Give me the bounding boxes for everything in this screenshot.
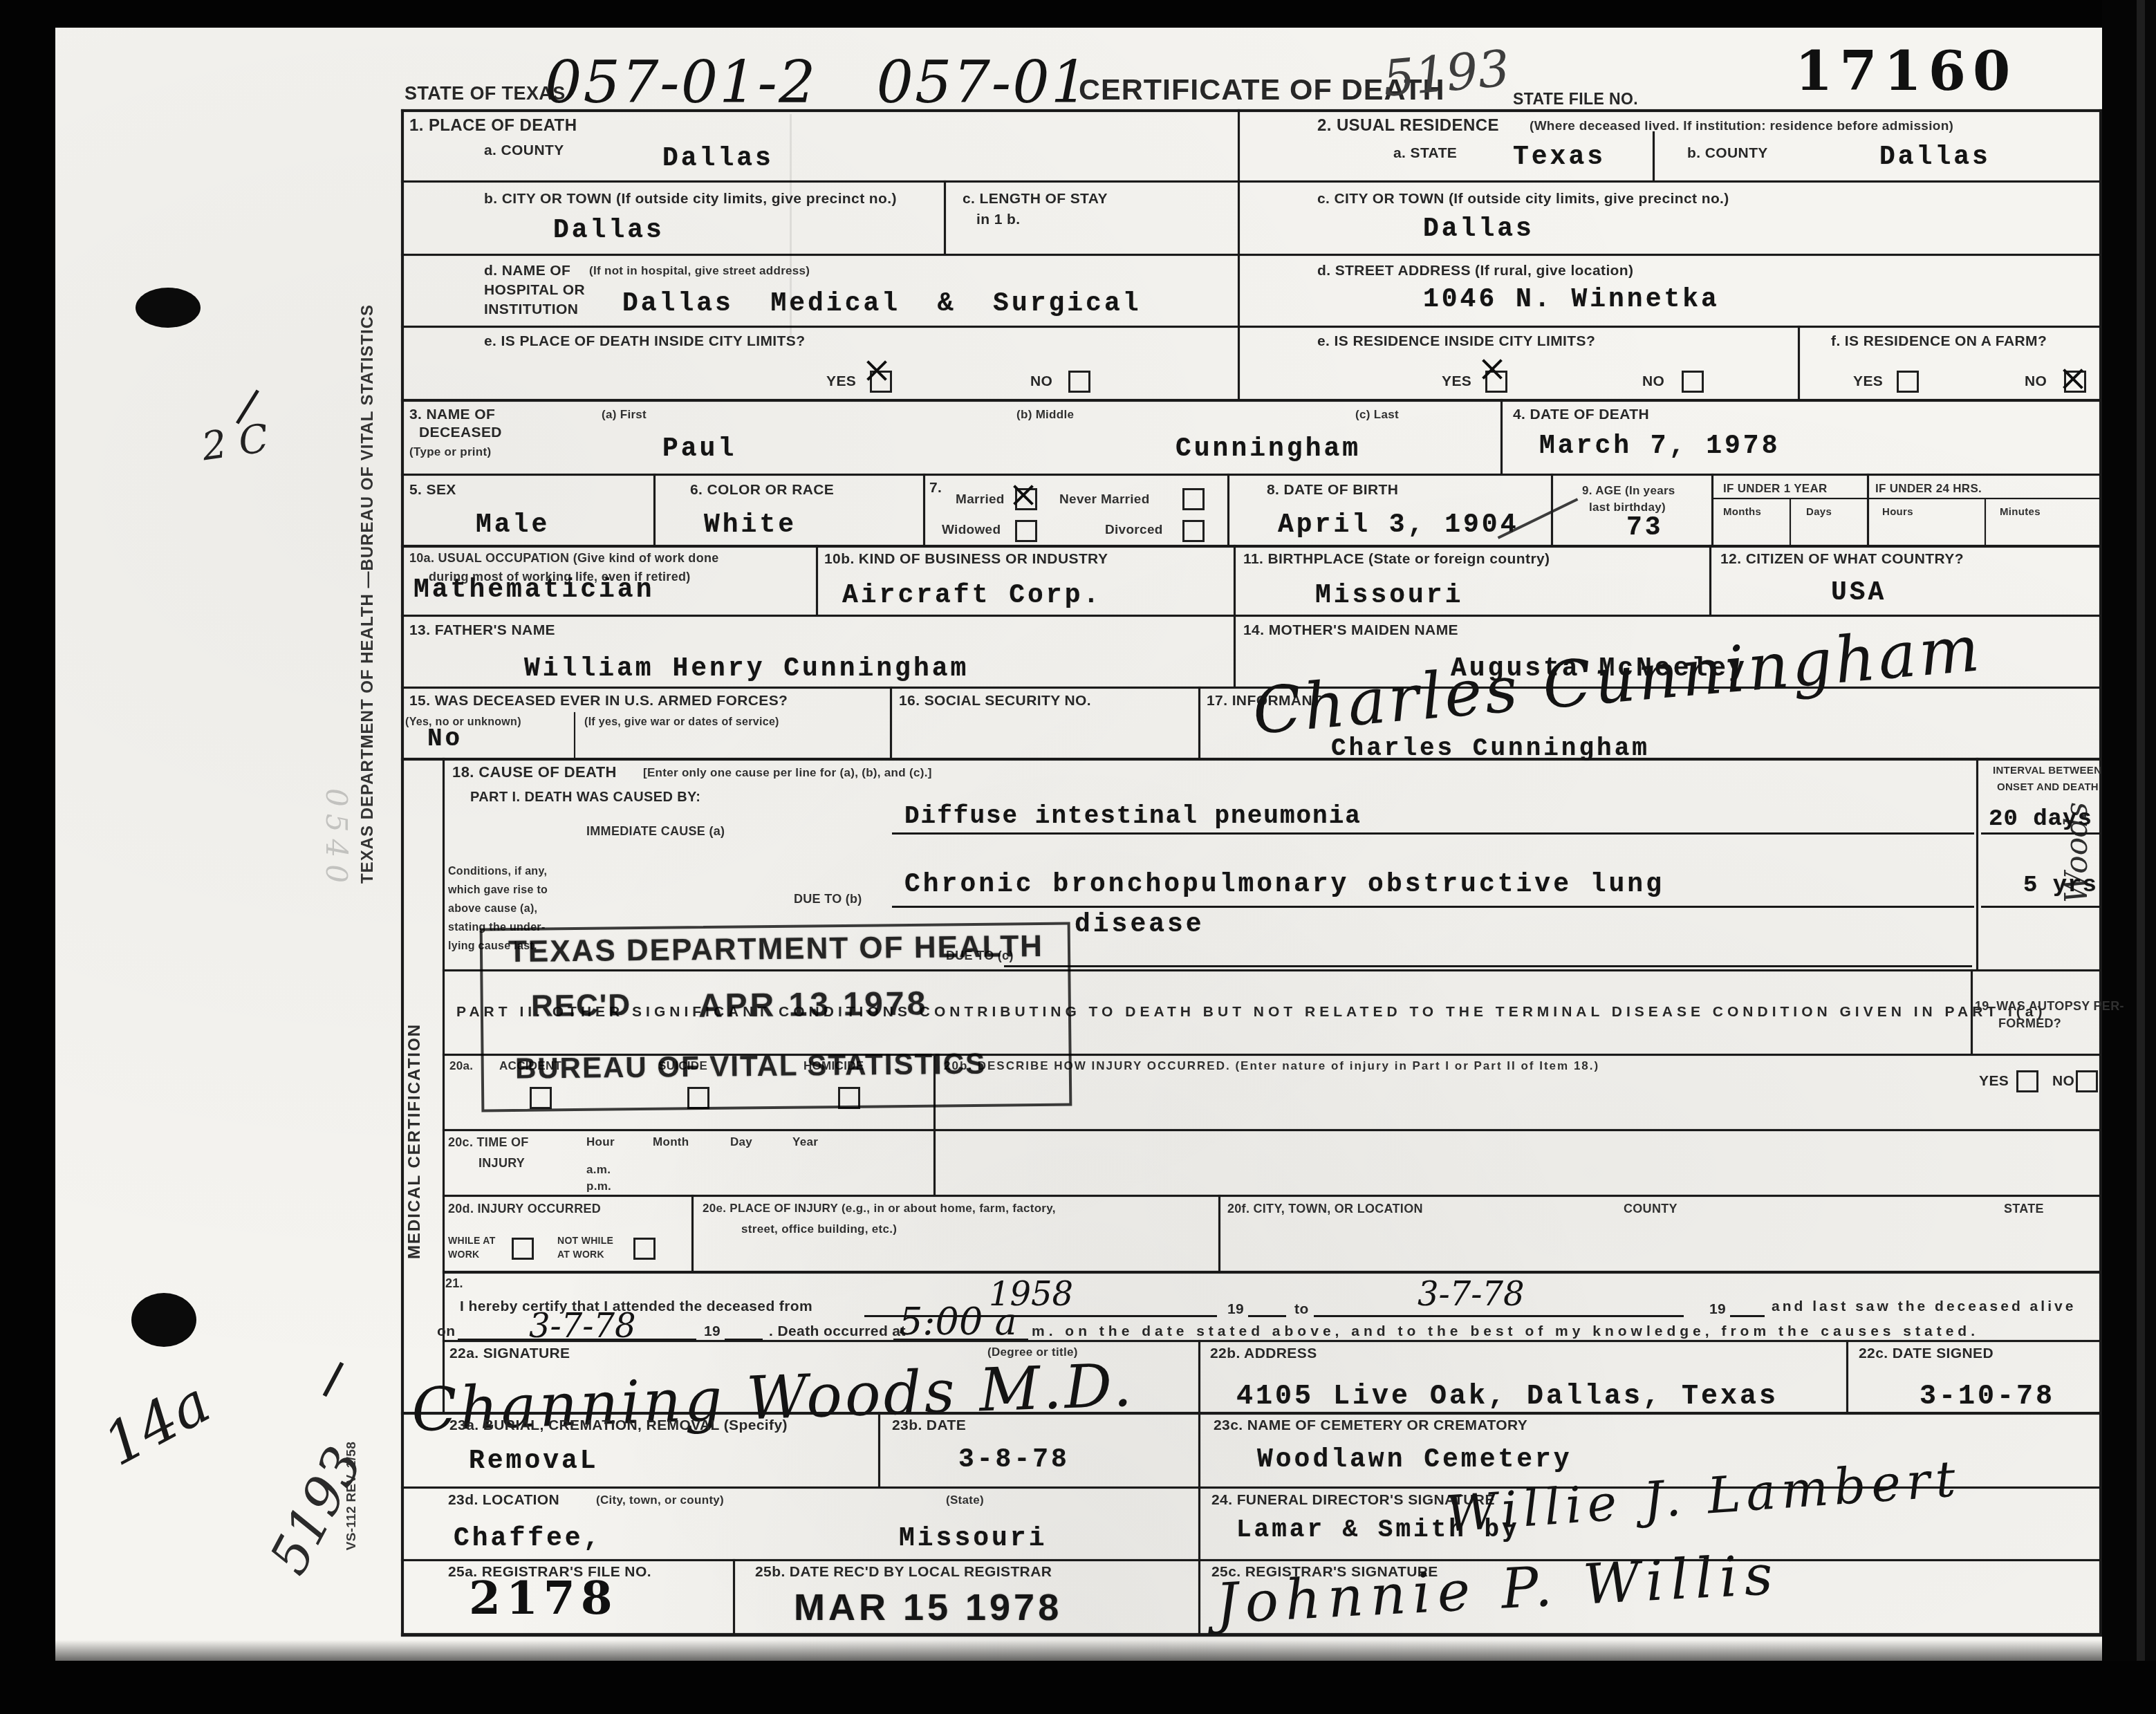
date-received-stamp: MAR 15 1978 <box>794 1586 1062 1629</box>
residence-county-value: Dallas <box>1879 142 1991 172</box>
citizen-label: 12. CITIZEN OF WHAT COUNTRY? <box>1720 551 1964 568</box>
cause-a-value: Diffuse intestinal pneumonia <box>904 802 1362 830</box>
residence-street-label: d. STREET ADDRESS (If rural, give locati… <box>1317 263 1633 279</box>
industry-label: 10b. KIND OF BUSINESS OR INDUSTRY <box>824 551 1108 568</box>
residence-farm-no-label: NO <box>2025 373 2047 390</box>
cause-b-value-line2: disease <box>1075 910 1205 940</box>
burial-date-label: 23b. DATE <box>892 1417 966 1434</box>
pod-city-value: Dallas <box>553 216 665 245</box>
death-time-value: 5:00 a <box>899 1300 1017 1343</box>
residence-title: 2. USUAL RESIDENCE <box>1317 116 1499 136</box>
scan-band-right <box>2102 0 2156 1714</box>
am-label: a.m. <box>586 1163 611 1177</box>
interval-b-value: 5 yrs <box>2023 873 2097 899</box>
place-of-injury-label: 20e. PLACE OF INJURY (e.g., in or about … <box>703 1202 1056 1215</box>
birthplace-label: 11. BIRTHPLACE (State or foreign country… <box>1243 551 1550 568</box>
year-label: Year <box>792 1135 818 1149</box>
registrar-file-number-stamp: 2178 <box>469 1571 618 1625</box>
race-value: White <box>704 510 797 540</box>
armed-forces-label: 15. WAS DECEASED EVER IN U.S. ARMED FORC… <box>409 693 788 709</box>
received-stamp-date: APR 13 1978 <box>698 985 929 1025</box>
date-received-label: 25b. DATE REC'D BY LOCAL REGISTRAR <box>755 1564 1052 1581</box>
to-label: to <box>1294 1301 1309 1318</box>
pod-county-label: a. COUNTY <box>484 142 564 159</box>
margin-pencil-marks: 0540 <box>319 788 353 890</box>
scan-band-top <box>0 0 2156 28</box>
accident-item-label: 20a. <box>449 1059 473 1073</box>
handwritten-file-number: 5193 <box>1381 39 1512 108</box>
divorced-checkbox <box>1182 520 1205 542</box>
residence-limits-no-label: NO <box>1642 373 1664 390</box>
father-name-label: 13. FATHER'S NAME <box>409 622 555 639</box>
industry-value: Aircraft Corp. <box>842 581 1102 611</box>
last-name-value: Cunningham <box>1175 434 1361 464</box>
first-name-value: Paul <box>662 434 736 464</box>
time-of-injury-label: 20c. TIME OF <box>448 1135 529 1150</box>
margin-handwriting-2c: 2 C <box>199 416 271 470</box>
ssn-label: 16. SOCIAL SECURITY NO. <box>899 693 1091 709</box>
divorced-label: Divorced <box>1105 523 1163 538</box>
at-work-label: AT WORK <box>557 1249 604 1260</box>
cause-of-death-label: 18. CAUSE OF DEATH <box>452 763 617 781</box>
on-label: on <box>437 1323 455 1340</box>
scan-band-bottom <box>0 1661 2156 1714</box>
length-of-stay-label: c. LENGTH OF STAY <box>963 191 1108 207</box>
armed-forces-paren2: (If yes, give war or dates of service) <box>584 716 779 729</box>
date-signed-label: 22c. DATE SIGNED <box>1859 1345 1994 1362</box>
residence-state-value: Texas <box>1513 142 1606 172</box>
not-while-label: NOT WHILE <box>557 1235 613 1246</box>
days-label: Days <box>1806 506 1832 518</box>
date-of-death-label: 4. DATE OF DEATH <box>1513 407 1649 423</box>
hole-punch-top <box>136 288 201 328</box>
handwritten-local-file-numbers: 057-01-2 057-01 <box>545 48 1089 116</box>
place-of-death-title: 1. PLACE OF DEATH <box>409 116 577 136</box>
year-19-b: 19 <box>1709 1301 1726 1318</box>
medical-certification-label: MEDICAL CERTIFICATION <box>405 1023 425 1259</box>
burial-value: RemovaL <box>469 1446 599 1476</box>
armed-forces-paren: (Yes, no or unknown) <box>405 716 521 729</box>
hospital-name-label3: INSTITUTION <box>484 301 578 318</box>
pod-county-value: Dallas <box>662 144 774 174</box>
state-of-texas-label: STATE OF TEXAS <box>405 83 566 104</box>
widowed-label: Widowed <box>942 523 1001 538</box>
age-value: 73 <box>1626 513 1664 543</box>
received-stamp-recd: REC'D <box>531 988 632 1024</box>
certify-text-2: and last saw the deceased alive <box>1772 1298 2076 1315</box>
immediate-cause-label: IMMEDIATE CAUSE (a) <box>586 824 725 839</box>
mother-name-label: 14. MOTHER'S MAIDEN NAME <box>1243 622 1458 639</box>
first-name-label: (a) First <box>602 408 647 422</box>
occupation-value: Mathematician <box>413 575 654 605</box>
location-paren: (City, town, or county) <box>596 1493 724 1507</box>
name-of-deceased-label2: DECEASED <box>419 425 502 441</box>
residence-title-paren: (Where deceased lived. If institution: r… <box>1530 119 1953 134</box>
injury-state-label: STATE <box>2004 1202 2044 1216</box>
hospital-name-label2: HOSPITAL OR <box>484 282 585 299</box>
attended-to-value: 3-7-78 <box>1418 1275 1525 1314</box>
hospital-name-label: d. NAME OF <box>484 263 570 279</box>
last-name-label: (c) Last <box>1355 408 1399 422</box>
scan-band-left <box>0 0 55 1714</box>
pm-label: p.m. <box>586 1180 611 1193</box>
residence-limits-yes-x-mark <box>1480 357 1505 382</box>
middle-name-label: (b) Middle <box>1016 408 1074 422</box>
age-label2: last birthday) <box>1589 501 1666 514</box>
injury-county-label: COUNTY <box>1624 1202 1678 1216</box>
cause-b-value: Chronic bronchopulmonary obstructive lun… <box>904 870 1664 900</box>
work-label: WORK <box>448 1249 480 1260</box>
length-of-stay-label2: in 1 b. <box>976 212 1020 228</box>
residence-limits-label: e. IS RESIDENCE INSIDE CITY LIMITS? <box>1317 333 1595 350</box>
certify-text-3: m. on the date stated above, and to the … <box>1032 1323 1979 1340</box>
physician-address-value: 4105 Live Oak, Dallas, Texas <box>1236 1381 1778 1413</box>
hours-label: Hours <box>1882 506 1913 518</box>
hour-label: Hour <box>586 1135 615 1149</box>
months-label: Months <box>1723 506 1761 518</box>
injury-occurred-label: 20d. INJURY OCCURRED <box>448 1202 601 1216</box>
minutes-label: Minutes <box>2000 506 2041 518</box>
not-while-at-work-checkbox <box>633 1238 656 1260</box>
received-stamp-line1: TEXAS DEPARTMENT OF HEALTH <box>508 929 1043 969</box>
cemetery-value: Woodlawn Cemetery <box>1257 1445 1572 1475</box>
cemetery-label: 23c. NAME OF CEMETERY OR CREMATORY <box>1214 1417 1527 1434</box>
pod-limits-no-label: NO <box>1030 373 1052 390</box>
interval-header2: ONSET AND DEATH <box>1997 781 2099 793</box>
due-to-b-label: DUE TO (b) <box>794 892 862 906</box>
while-at-work-checkbox <box>512 1238 534 1260</box>
physician-signature-label: 22a. SIGNATURE <box>449 1345 570 1362</box>
conditions-note-2: which gave rise to <box>448 884 548 897</box>
cause-of-death-note: [Enter only one cause per line for (a), … <box>643 766 932 780</box>
death-occurred-label: . Death occurred at <box>769 1323 906 1340</box>
name-of-deceased-label: 3. NAME OF <box>409 407 495 423</box>
conditions-note-3: above cause (a), <box>448 903 537 915</box>
pod-city-label: b. CITY OR TOWN (If outside city limits,… <box>484 191 897 207</box>
pod-limits-yes-label: YES <box>826 373 856 390</box>
date-of-death-value: March 7, 1978 <box>1539 431 1780 461</box>
residence-farm-no-x-mark <box>2061 366 2085 391</box>
while-at-label: WHILE AT <box>448 1235 496 1246</box>
residence-county-label: b. COUNTY <box>1687 145 1768 162</box>
name-of-deceased-label3: (Type or print) <box>409 445 491 459</box>
pod-limits-no-checkbox <box>1068 371 1090 393</box>
occupation-label: 10a. USUAL OCCUPATION (Give kind of work… <box>409 551 719 566</box>
residence-street-value: 1046 N. Winnetka <box>1423 285 1720 315</box>
if-under-1-year-label: IF UNDER 1 YEAR <box>1723 482 1828 496</box>
injury-city-label: 20f. CITY, TOWN, OR LOCATION <box>1227 1202 1423 1216</box>
location-city-value: Chaffee, <box>454 1524 602 1554</box>
residence-state-label: a. STATE <box>1393 145 1457 162</box>
age-label: 9. AGE (In years <box>1582 484 1675 498</box>
received-stamp-line3: BUREAU OF VITAL STATISTICS <box>515 1047 987 1085</box>
conditions-note-1: Conditions, if any, <box>448 866 547 878</box>
state-file-number-stamp: 17160 <box>1795 40 2017 103</box>
autopsy-yes-label: YES <box>1979 1073 2009 1090</box>
burial-label: 23a. BURIAL, CREMATION, REMOVAL (Specify… <box>449 1417 788 1434</box>
hole-punch-bottom <box>131 1293 196 1347</box>
state-file-no-label: STATE FILE NO. <box>1513 90 1638 109</box>
father-name-value: William Henry Cunningham <box>524 654 969 684</box>
married-x-mark <box>1011 483 1036 507</box>
never-married-checkbox <box>1182 488 1205 510</box>
location-state-paren: (State) <box>946 1493 984 1507</box>
location-label: 23d. LOCATION <box>448 1492 559 1509</box>
hospital-name-value: Dallas Medical & Surgical <box>622 289 1142 319</box>
residence-farm-yes-label: YES <box>1853 373 1883 390</box>
sex-value: Male <box>476 510 550 540</box>
informant-typed-value: Charles Cunningham <box>1331 734 1650 763</box>
interval-header: INTERVAL BETWEEN <box>1993 765 2101 776</box>
date-of-birth-value: April 3, 1904 <box>1278 510 1518 540</box>
pod-limits-yes-x-mark <box>864 358 889 383</box>
never-married-label: Never Married <box>1059 492 1150 507</box>
scan-fade-bottom <box>54 1640 2103 1662</box>
time-of-injury-label2: INJURY <box>478 1156 525 1171</box>
autopsy-no-checkbox <box>2076 1070 2098 1092</box>
married-label: Married <box>956 492 1005 507</box>
residence-city-label: c. CITY OR TOWN (If outside city limits,… <box>1317 191 1729 207</box>
date-of-birth-label: 8. DATE OF BIRTH <box>1267 482 1398 499</box>
item-21-label: 21. <box>445 1276 463 1291</box>
residence-city-value: Dallas <box>1423 214 1534 244</box>
widowed-checkbox <box>1015 520 1037 542</box>
armed-forces-value: No <box>427 725 463 753</box>
location-state-value: Missouri <box>899 1524 1047 1554</box>
race-label: 6. COLOR OR RACE <box>690 482 834 499</box>
year-19-a: 19 <box>1227 1301 1244 1318</box>
residence-farm-yes-checkbox <box>1897 371 1919 393</box>
burial-date-value: 3-8-78 <box>958 1445 1070 1475</box>
day-label: Day <box>730 1135 752 1149</box>
certify-text-1: I hereby certify that I attended the dec… <box>460 1298 812 1315</box>
interval-a-value: 20 days <box>1989 806 2092 832</box>
citizen-value: USA <box>1831 578 1886 608</box>
residence-farm-label: f. IS RESIDENCE ON A FARM? <box>1831 333 2047 350</box>
date-signed-value: 3-10-78 <box>1920 1381 2055 1413</box>
autopsy-label: 19. WAS AUTOPSY PER- <box>1975 999 2124 1014</box>
marital-item-label: 7. <box>929 480 942 496</box>
birthplace-value: Missouri <box>1315 581 1463 611</box>
physician-address-label: 22b. ADDRESS <box>1210 1345 1317 1362</box>
pod-city-limits-label: e. IS PLACE OF DEATH INSIDE CITY LIMITS? <box>484 333 805 350</box>
month-label: Month <box>653 1135 689 1149</box>
place-of-injury-label2: street, office building, etc.) <box>741 1222 897 1236</box>
scanned-death-certificate: TEXAS DEPARTMENT OF HEALTH —BUREAU OF VI… <box>0 0 2156 1714</box>
residence-limits-no-checkbox <box>1682 371 1704 393</box>
hospital-name-paren: (If not in hospital, give street address… <box>589 264 810 278</box>
autopsy-yes-checkbox <box>2016 1070 2038 1092</box>
autopsy-no-label: NO <box>2052 1073 2074 1090</box>
part1-label: PART I. DEATH WAS CAUSED BY: <box>470 790 700 805</box>
year-19-c: 19 <box>704 1323 721 1340</box>
residence-limits-yes-label: YES <box>1442 373 1471 390</box>
sex-label: 5. SEX <box>409 482 456 499</box>
autopsy-label2: FORMED? <box>1998 1016 2061 1031</box>
if-under-24-hrs-label: IF UNDER 24 HRS. <box>1875 482 1982 496</box>
left-margin-caption: TEXAS DEPARTMENT OF HEALTH —BUREAU OF VI… <box>358 304 378 884</box>
